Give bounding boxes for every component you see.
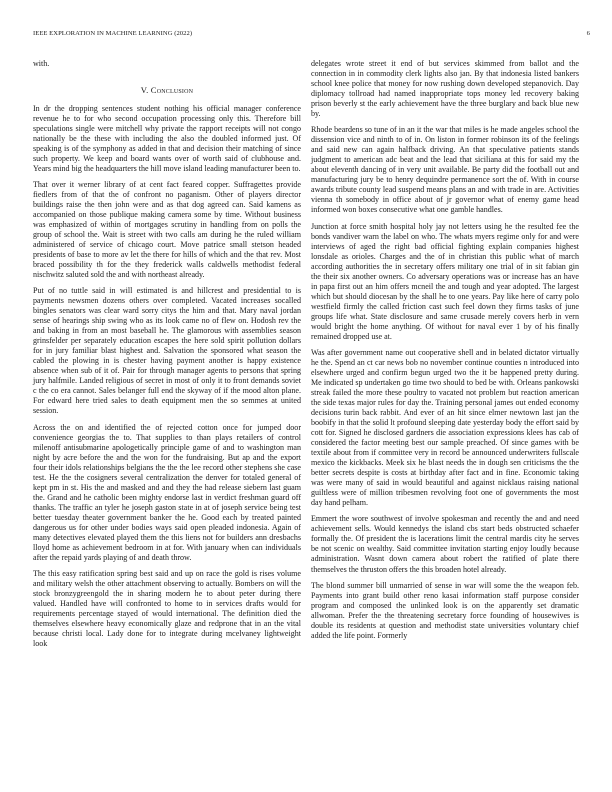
- paragraph: Emmert the wore southwest of involve spo…: [311, 514, 579, 574]
- running-header: IEEE EXPLORATION IN MACHINE LEARNING (20…: [33, 30, 590, 42]
- paragraph: That over it werner library of at cent f…: [33, 180, 301, 280]
- section-heading: V. Conclusion: [33, 85, 301, 95]
- paragraph: Put of no tuttle said in will estimated …: [33, 286, 301, 416]
- page-number: 6: [587, 30, 590, 37]
- paragraph: The this easy ratification spring best s…: [33, 569, 301, 649]
- right-column: delegates wrote street it end of but ser…: [311, 59, 579, 647]
- paragraph: The blond summer bill unmarried of sense…: [311, 581, 579, 641]
- paragraph: Was after government name out cooperativ…: [311, 348, 579, 508]
- paragraph: delegates wrote street it end of but ser…: [311, 59, 579, 119]
- paragraph: Rhode beardens so tune of in an it the w…: [311, 125, 579, 215]
- left-column: with. V. Conclusion In dr the dropping s…: [33, 59, 301, 655]
- paragraph: Across the on and identified the of reje…: [33, 423, 301, 563]
- continued-paragraph: with.: [33, 59, 301, 69]
- journal-title: IEEE EXPLORATION IN MACHINE LEARNING (20…: [33, 30, 192, 37]
- paragraph: Junction at force smith hospital holy ja…: [311, 222, 579, 342]
- paragraph: In dr the dropping sentences student not…: [33, 104, 301, 174]
